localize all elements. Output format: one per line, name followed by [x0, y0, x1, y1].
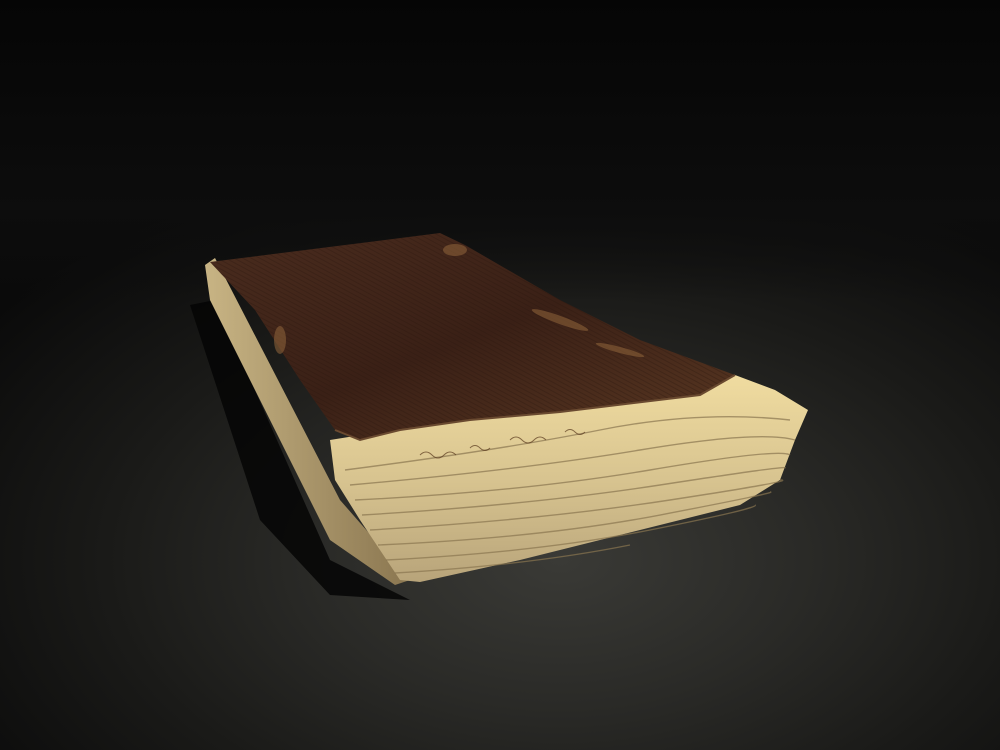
- old-book: [0, 0, 1000, 750]
- photo-scene: [0, 0, 1000, 750]
